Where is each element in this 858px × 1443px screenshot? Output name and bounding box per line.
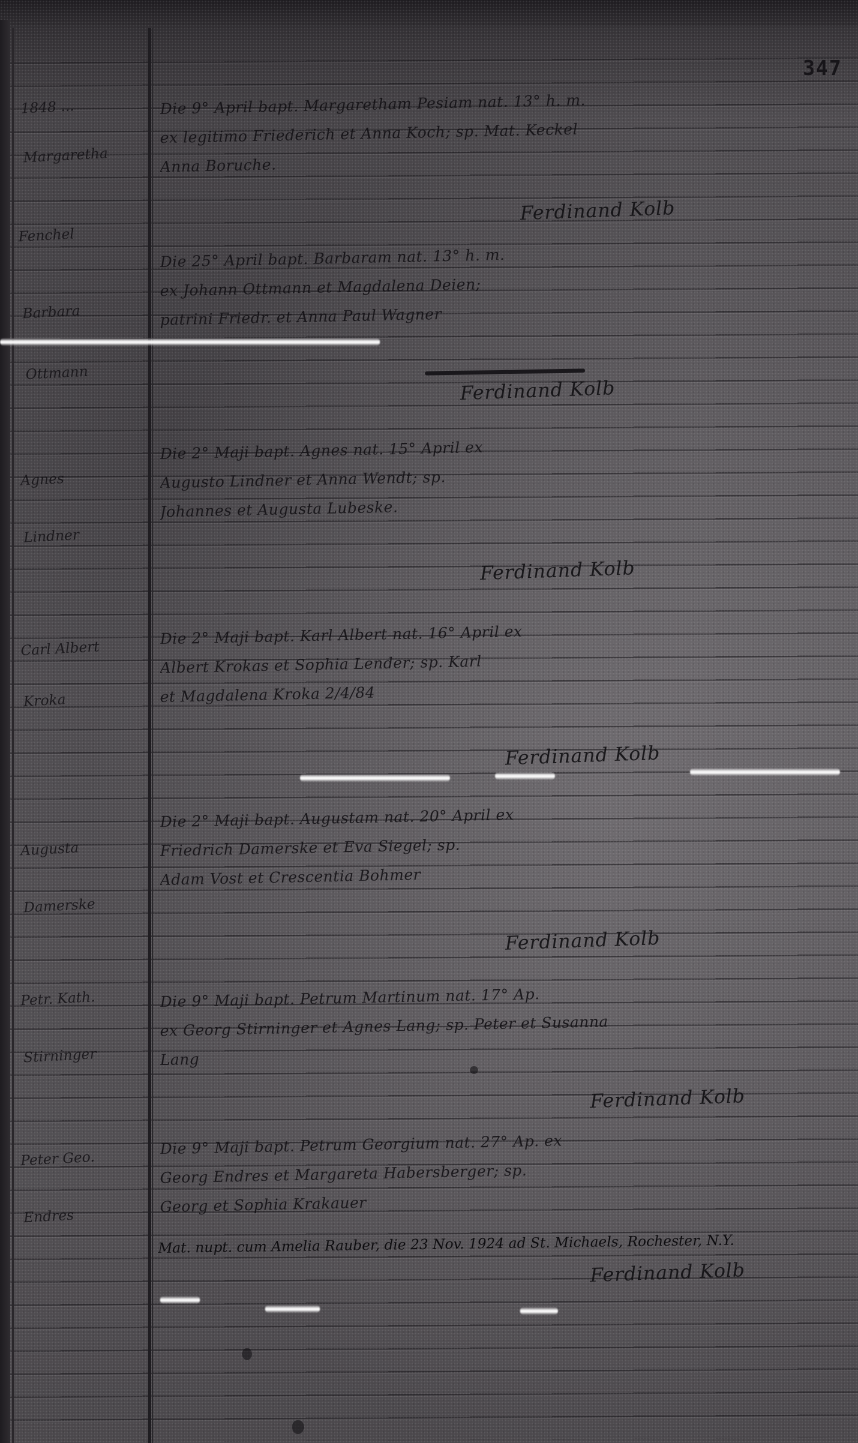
ink-blot (470, 1066, 478, 1074)
ink-blot (242, 1348, 252, 1360)
entry-6: Die 9° Maji bapt. Petrum Martinum nat. 1… (160, 988, 846, 1075)
scan-tear-mark (690, 768, 840, 776)
margin-rule-inner (148, 28, 151, 1443)
margin-note-entry-7: Peter Geo. Endres (20, 1147, 148, 1227)
paper-grain (0, 0, 858, 1443)
margin-note-entry-1: 1848 ... Margaretha (20, 95, 147, 167)
margin-note-entry-4: Carl Albert Kroka (20, 637, 147, 711)
entry-1: Die 9° April bapt. Margaretham Pesiam na… (160, 95, 846, 182)
scan-tear-mark (520, 1307, 558, 1315)
scan-tear-mark (0, 338, 380, 346)
margin-note-entry-6: Petr. Kath. Stirninger (20, 987, 148, 1067)
entry-4: Die 2° Maji bapt. Karl Albert nat. 16° A… (160, 625, 846, 712)
page-number: 347 (803, 56, 842, 80)
margin-note-entry-3: Agnes Lindner (20, 467, 148, 547)
scan-tear-mark (495, 772, 555, 780)
entry-7: Die 9° Maji bapt. Petrum Georgium nat. 2… (160, 1135, 846, 1222)
scan-tear-mark (160, 1296, 200, 1304)
scan-tear-mark (265, 1305, 320, 1313)
margin-note-entry-2: Fenchel Barbara Ottmann (18, 223, 150, 384)
margin-rule-inner-2 (152, 28, 153, 1443)
entry-2: Die 25° April bapt. Barbaram nat. 13° h.… (160, 248, 846, 335)
register-page: 347 1848 ... Margaretha Die 9° April bap… (0, 0, 858, 1443)
margin-line: Barbara (22, 300, 147, 323)
binding-edge (0, 20, 10, 1443)
scan-tear-mark (300, 774, 450, 782)
ink-blot (292, 1420, 304, 1434)
margin-rule-outer (12, 28, 14, 1443)
entry-5: Die 2° Maji bapt. Augustam nat. 20° Apri… (160, 808, 846, 895)
margin-note-entry-5: Augusta Damerske (20, 837, 148, 917)
entry-3: Die 2° Maji bapt. Agnes nat. 15° April e… (160, 440, 846, 527)
